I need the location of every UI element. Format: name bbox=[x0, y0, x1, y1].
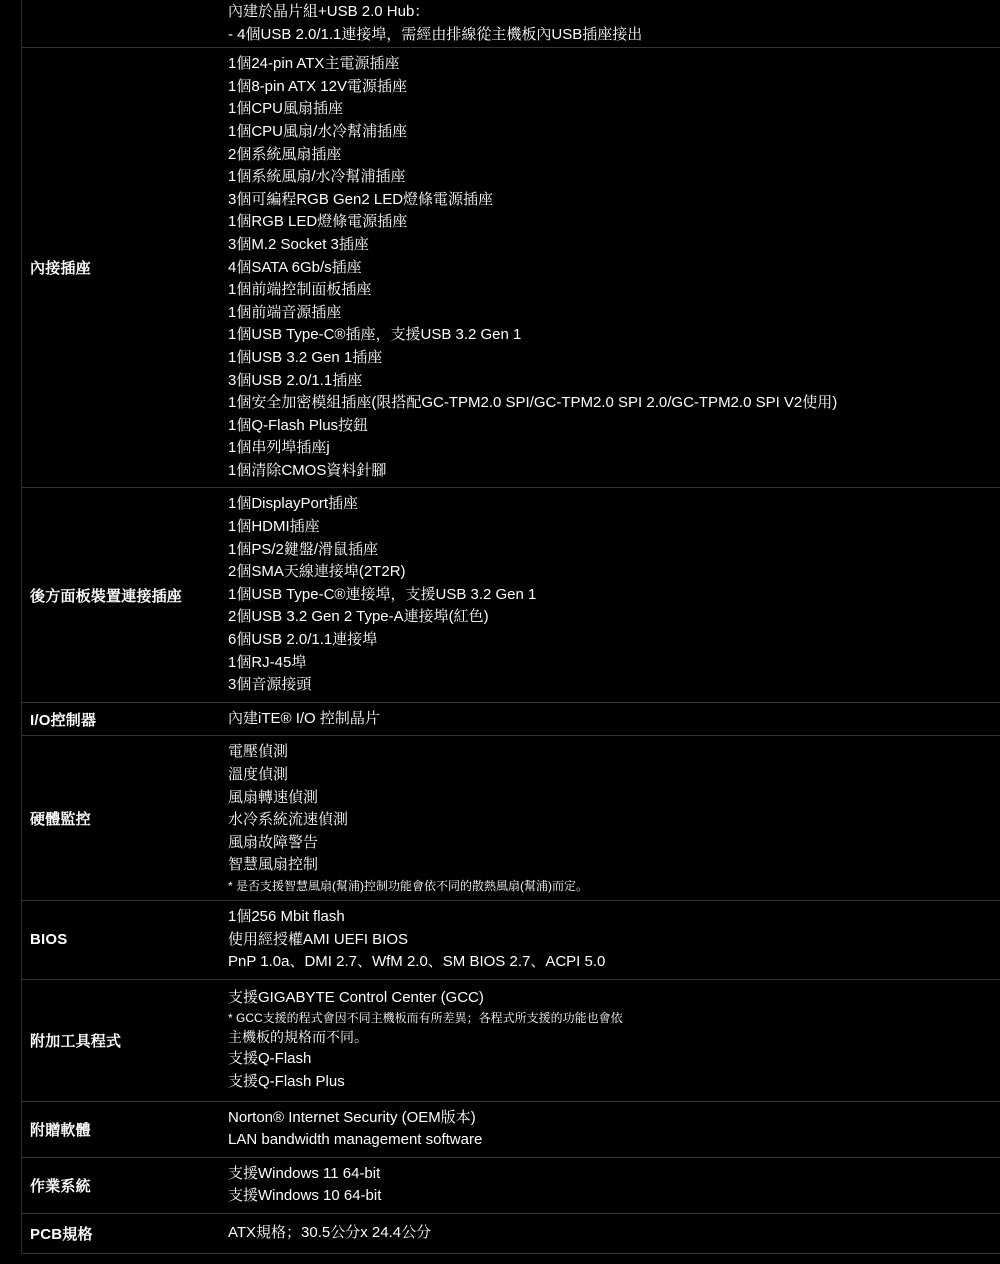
spec-row-hardware-monitor: 硬體監控電壓偵測溫度偵測風扇轉速偵測水冷系統流速偵測風扇故障警告智慧風扇控制* … bbox=[22, 736, 1000, 901]
spec-line: 1個DisplayPort插座 bbox=[228, 493, 1000, 516]
spec-row-bundled-software: 附贈軟體Norton® Internet Security (OEM版本)LAN… bbox=[22, 1102, 1000, 1158]
row-value-chipset-usb-hub-note: 內建於晶片組+USB 2.0 Hub：- 4個USB 2.0/1.1連接埠，需經… bbox=[228, 0, 1000, 47]
spec-line: - 4個USB 2.0/1.1連接埠，需經由排線從主機板內USB插座接出 bbox=[228, 24, 1000, 47]
row-value-pcb-form-factor: ATX規格；30.5公分x 24.4公分 bbox=[228, 1214, 1000, 1253]
row-value-io-controller: 內建iTE® I/O 控制晶片 bbox=[228, 703, 1000, 736]
spec-line: 3個音源接頭 bbox=[228, 674, 1000, 697]
spec-line: 支援Q-Flash bbox=[228, 1048, 1000, 1071]
spec-line: 1個256 Mbit flash bbox=[228, 906, 1000, 929]
row-label-back-panel-connectors: 後方面板裝置連接插座 bbox=[22, 488, 228, 701]
spec-line: 3個可編程RGB Gen2 LED燈條電源插座 bbox=[228, 189, 1000, 212]
row-label-hardware-monitor: 硬體監控 bbox=[22, 736, 228, 900]
spec-line: ATX規格；30.5公分x 24.4公分 bbox=[228, 1222, 1000, 1245]
row-value-bundled-utilities: 支援GIGABYTE Control Center (GCC)* GCC支援的程… bbox=[228, 980, 1000, 1101]
spec-line: 支援Q-Flash Plus bbox=[228, 1071, 1000, 1094]
spec-line: 1個HDMI插座 bbox=[228, 516, 1000, 539]
spec-line: 1個RGB LED燈條電源插座 bbox=[228, 211, 1000, 234]
row-label-chipset-usb-hub-note bbox=[22, 0, 228, 47]
spec-line: 1個USB 3.2 Gen 1插座 bbox=[228, 347, 1000, 370]
spec-line: 1個8-pin ATX 12V電源插座 bbox=[228, 76, 1000, 99]
spec-line: 1個PS/2鍵盤/滑鼠插座 bbox=[228, 539, 1000, 562]
spec-line: 溫度偵測 bbox=[228, 764, 1000, 787]
spec-row-bundled-utilities: 附加工具程式支援GIGABYTE Control Center (GCC)* G… bbox=[22, 980, 1000, 1102]
spec-line: 支援GIGABYTE Control Center (GCC) bbox=[228, 987, 1000, 1010]
spec-line: 2個系統風扇插座 bbox=[228, 144, 1000, 167]
row-value-operating-system: 支援Windows 11 64-bit支援Windows 10 64-bit bbox=[228, 1158, 1000, 1213]
row-label-operating-system: 作業系統 bbox=[22, 1158, 228, 1213]
spec-line: 1個前端控制面板插座 bbox=[228, 279, 1000, 302]
row-value-internal-connectors: 1個24-pin ATX主電源插座1個8-pin ATX 12V電源插座1個CP… bbox=[228, 48, 1000, 487]
spec-line: 1個清除CMOS資料針腳 bbox=[228, 460, 1000, 483]
row-label-bundled-utilities: 附加工具程式 bbox=[22, 980, 228, 1101]
spec-line: LAN bandwidth management software bbox=[228, 1129, 1000, 1152]
row-label-pcb-form-factor: PCB規格 bbox=[22, 1214, 228, 1253]
spec-line: 支援Windows 10 64-bit bbox=[228, 1185, 1000, 1208]
spec-line: 3個USB 2.0/1.1插座 bbox=[228, 370, 1000, 393]
spec-line: 2個USB 3.2 Gen 2 Type-A連接埠(紅色) bbox=[228, 606, 1000, 629]
spec-row-back-panel-connectors: 後方面板裝置連接插座1個DisplayPort插座1個HDMI插座1個PS/2鍵… bbox=[22, 488, 1000, 702]
spec-line: 1個CPU風扇/水冷幫浦插座 bbox=[228, 121, 1000, 144]
spec-line: 1個USB Type-C®插座，支援USB 3.2 Gen 1 bbox=[228, 324, 1000, 347]
spec-line: 2個SMA天線連接埠(2T2R) bbox=[228, 561, 1000, 584]
spec-line: PnP 1.0a、DMI 2.7、WfM 2.0、SM BIOS 2.7、ACP… bbox=[228, 951, 1000, 974]
spec-line: 3個M.2 Socket 3插座 bbox=[228, 234, 1000, 257]
spec-line: * 是否支援智慧風扇(幫浦)控制功能會依不同的散熱風扇(幫浦)而定。 bbox=[228, 877, 1000, 895]
spec-line: * GCC支援的程式會因不同主機板而有所差異；各程式所支援的功能也會依 bbox=[228, 1009, 1000, 1027]
spec-row-pcb-form-factor: PCB規格ATX規格；30.5公分x 24.4公分 bbox=[22, 1214, 1000, 1254]
row-value-bundled-software: Norton® Internet Security (OEM版本)LAN ban… bbox=[228, 1102, 1000, 1157]
spec-line: 1個USB Type-C®連接埠，支援USB 3.2 Gen 1 bbox=[228, 584, 1000, 607]
spec-row-operating-system: 作業系統支援Windows 11 64-bit支援Windows 10 64-b… bbox=[22, 1158, 1000, 1214]
spec-line: 智慧風扇控制 bbox=[228, 854, 1000, 877]
spec-row-io-controller: I/O控制器內建iTE® I/O 控制晶片 bbox=[22, 703, 1000, 737]
spec-line: 6個USB 2.0/1.1連接埠 bbox=[228, 629, 1000, 652]
spec-line: 電壓偵測 bbox=[228, 741, 1000, 764]
spec-table: 內建於晶片組+USB 2.0 Hub：- 4個USB 2.0/1.1連接埠，需經… bbox=[21, 0, 1000, 1254]
spec-line: 1個Q-Flash Plus按鈕 bbox=[228, 415, 1000, 438]
spec-row-bios: BIOS1個256 Mbit flash使用經授權AMI UEFI BIOSPn… bbox=[22, 901, 1000, 980]
row-value-hardware-monitor: 電壓偵測溫度偵測風扇轉速偵測水冷系統流速偵測風扇故障警告智慧風扇控制* 是否支援… bbox=[228, 736, 1000, 900]
spec-line: 1個安全加密模組插座(限搭配GC-TPM2.0 SPI/GC-TPM2.0 SP… bbox=[228, 392, 1000, 415]
spec-line: 使用經授權AMI UEFI BIOS bbox=[228, 929, 1000, 952]
spec-line: 內建iTE® I/O 控制晶片 bbox=[228, 708, 1000, 731]
row-label-bios: BIOS bbox=[22, 901, 228, 979]
spec-line: 1個前端音源插座 bbox=[228, 302, 1000, 325]
row-label-internal-connectors: 內接插座 bbox=[22, 48, 228, 487]
spec-line: 1個CPU風扇插座 bbox=[228, 98, 1000, 121]
spec-line: 支援Windows 11 64-bit bbox=[228, 1163, 1000, 1186]
spec-line: 4個SATA 6Gb/s插座 bbox=[228, 257, 1000, 280]
spec-row-chipset-usb-hub-note: 內建於晶片組+USB 2.0 Hub：- 4個USB 2.0/1.1連接埠，需經… bbox=[22, 0, 1000, 48]
spec-line: 主機板的規格而不同。 bbox=[228, 1027, 1000, 1048]
row-label-bundled-software: 附贈軟體 bbox=[22, 1102, 228, 1157]
spec-line: 水冷系統流速偵測 bbox=[228, 809, 1000, 832]
row-label-io-controller: I/O控制器 bbox=[22, 703, 228, 736]
spec-line: 1個RJ-45埠 bbox=[228, 652, 1000, 675]
row-value-bios: 1個256 Mbit flash使用經授權AMI UEFI BIOSPnP 1.… bbox=[228, 901, 1000, 979]
spec-line: 1個串列埠插座j bbox=[228, 437, 1000, 460]
spec-line: 1個系統風扇/水冷幫浦插座 bbox=[228, 166, 1000, 189]
row-value-back-panel-connectors: 1個DisplayPort插座1個HDMI插座1個PS/2鍵盤/滑鼠插座2個SM… bbox=[228, 488, 1000, 701]
spec-row-internal-connectors: 內接插座1個24-pin ATX主電源插座1個8-pin ATX 12V電源插座… bbox=[22, 48, 1000, 488]
spec-line: 1個24-pin ATX主電源插座 bbox=[228, 53, 1000, 76]
spec-line: 風扇轉速偵測 bbox=[228, 787, 1000, 810]
spec-line: 風扇故障警告 bbox=[228, 832, 1000, 855]
spec-line: 內建於晶片組+USB 2.0 Hub： bbox=[228, 1, 1000, 24]
spec-line: Norton® Internet Security (OEM版本) bbox=[228, 1107, 1000, 1130]
